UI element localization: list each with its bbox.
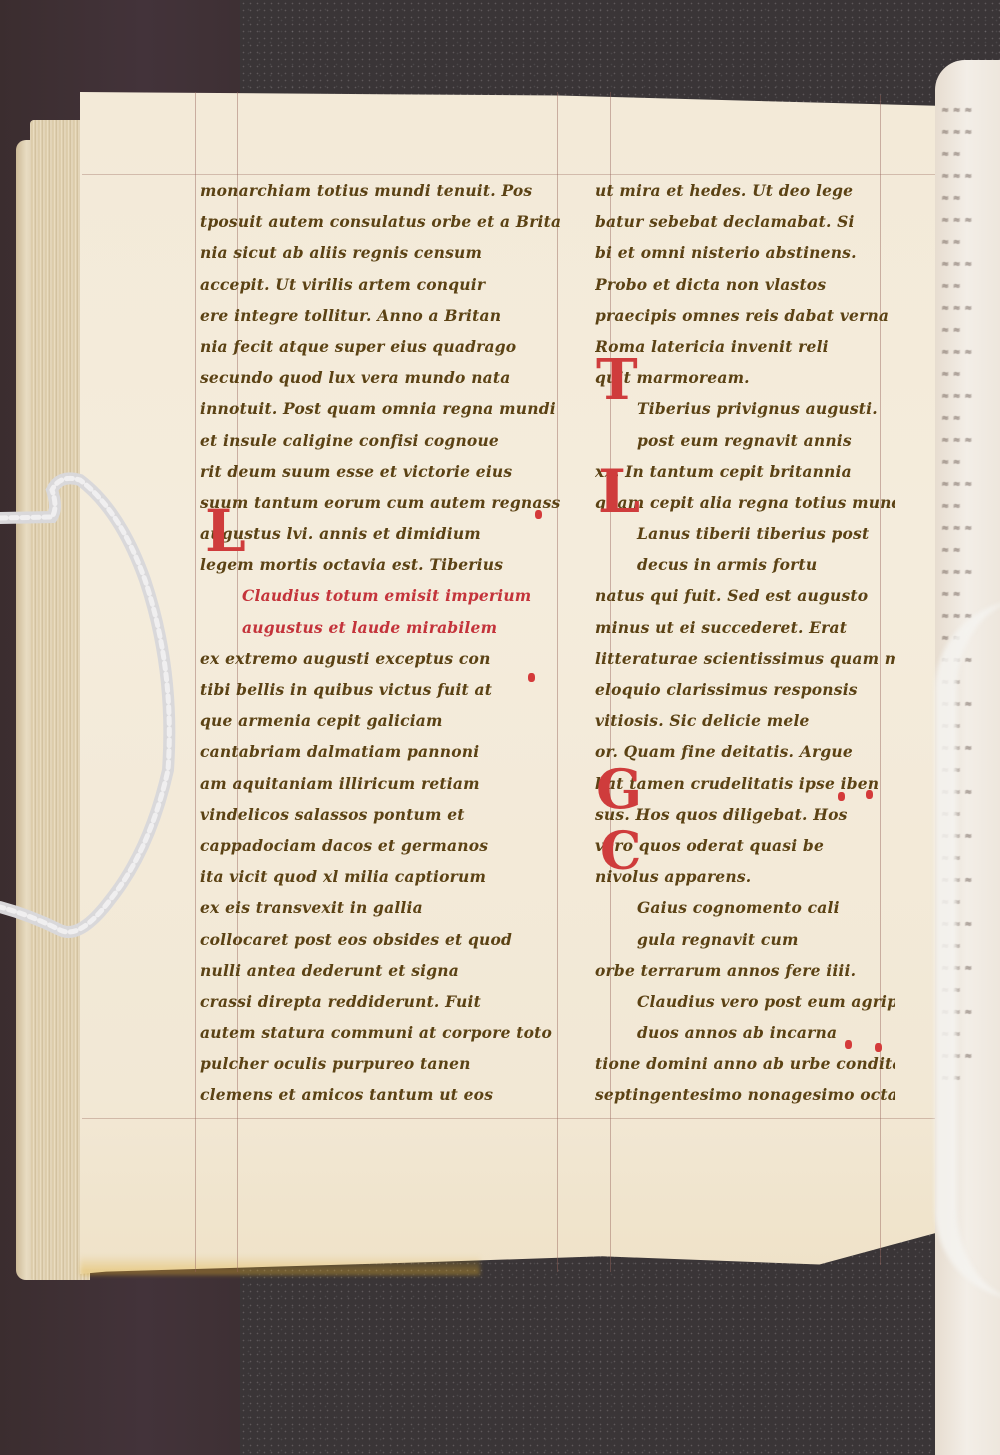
text-line: pulcher oculis purpureo tanen — [200, 1048, 560, 1079]
red-punctuation-mark — [866, 790, 873, 799]
text-line: ex eis transvexit in gallia — [200, 892, 560, 923]
text-line: ut mira et hedes. Ut deo lege — [595, 175, 895, 206]
text-line: crassi direpta reddiderunt. Fuit — [200, 986, 560, 1017]
text-line: decus in armis fortu — [595, 549, 895, 580]
decorated-initial-C: C — [600, 826, 641, 878]
text-line: am aquitaniam illiricum retiam — [200, 768, 560, 799]
text-line: secundo quod lux vera mundo nata — [200, 362, 560, 393]
text-line: nia fecit atque super eius quadrago — [200, 331, 560, 362]
text-line: autem statura communi at corpore toto — [200, 1017, 560, 1048]
text-line: ex extremo augusti exceptus con — [200, 643, 560, 674]
text-line: eloquio clarissimus responsis — [595, 674, 895, 705]
text-line: collocaret post eos obsides et quod — [200, 924, 560, 955]
text-line: tposuit autem consulatus orbe et a Brita… — [200, 206, 560, 237]
rubric-line: Claudius totum emisit imperium — [200, 580, 560, 611]
text-line: Roma latericia invenit reli — [595, 331, 895, 362]
text-line: post eum regnavit annis — [595, 425, 895, 456]
text-line: batur sebebat declamabat. Si — [595, 206, 895, 237]
facing-binding-cord-blurred — [935, 600, 1000, 1300]
text-line: ere integre tollitur. Anno a Britan — [200, 300, 560, 331]
text-line: innotuit. Post quam omnia regna mundi — [200, 393, 560, 424]
text-line: suum tantum eorum cum autem regnasset — [200, 487, 560, 518]
text-line: monarchiam totius mundi tenuit. Pos — [200, 175, 560, 206]
text-line: natus qui fuit. Sed est augusto — [595, 580, 895, 611]
text-line: Tiberius privignus augusti. — [595, 393, 895, 424]
text-line: quit marmoream. — [595, 362, 895, 393]
decorated-initial-L: L — [205, 502, 246, 560]
text-line: Claudius vero post eum agrippa — [595, 986, 895, 1017]
text-line: legem mortis octavia est. Tiberius — [200, 549, 560, 580]
text-column-left: monarchiam totius mundi tenuit. Pos tpos… — [200, 175, 560, 1111]
text-line: litteraturae scientissimus quam magis — [595, 643, 895, 674]
text-line: rit deum suum esse et victorie eius — [200, 456, 560, 487]
text-line: augustus lvi. annis et dimidium — [200, 518, 560, 549]
text-line: nia sicut ab aliis regnis censum — [200, 237, 560, 268]
text-line: cappadociam dacos et germanos — [200, 830, 560, 861]
binding-cord — [0, 470, 200, 990]
decorated-initial-G: G — [596, 762, 642, 816]
text-line: nulli antea dederunt et signa — [200, 955, 560, 986]
red-punctuation-mark — [838, 792, 845, 801]
text-line: ita vicit quod xl milia captiorum — [200, 861, 560, 892]
text-line: praecipis omnes reis dabat verna — [595, 300, 895, 331]
text-line: septingentesimo nonagesimo octavo — [595, 1079, 895, 1110]
text-column-right: ut mira et hedes. Ut deo lege batur sebe… — [595, 175, 895, 1111]
rubric-line: augustus et laude mirabilem — [200, 612, 560, 643]
leaf-foxing-stain — [80, 1255, 480, 1275]
text-line: cantabriam dalmatiam pannoni — [200, 736, 560, 767]
red-punctuation-mark — [535, 510, 542, 519]
ruling-line — [82, 1118, 942, 1119]
text-line: gula regnavit cum — [595, 924, 895, 955]
text-line: Lanus tiberii tiberius post — [595, 518, 895, 549]
text-line: Probo et dicta non vlastos — [595, 269, 895, 300]
text-line: bi et omni nisterio abstinens. — [595, 237, 895, 268]
text-line: orbe terrarum annos fere iiii. — [595, 955, 895, 986]
text-line: que armenia cepit galiciam — [200, 705, 560, 736]
red-punctuation-mark — [528, 673, 535, 682]
text-line: vitiosis. Sic delicie mele — [595, 705, 895, 736]
text-line: vindelicos salassos pontum et — [200, 799, 560, 830]
text-line: accepit. Ut virilis artem conquir — [200, 269, 560, 300]
red-punctuation-mark — [845, 1040, 852, 1049]
text-line: clemens et amicos tantum ut eos — [200, 1079, 560, 1110]
text-line: tibi bellis in quibus victus fuit at — [200, 674, 560, 705]
text-line: minus ut ei succederet. Erat — [595, 612, 895, 643]
decorated-initial-L: L — [598, 462, 640, 522]
text-line: Gaius cognomento cali — [595, 892, 895, 923]
text-line: tione domini anno ab urbe condita — [595, 1048, 895, 1079]
red-punctuation-mark — [875, 1043, 882, 1052]
text-line: et insule caligine confisi cognoue — [200, 425, 560, 456]
decorated-initial-T: T — [596, 352, 638, 408]
